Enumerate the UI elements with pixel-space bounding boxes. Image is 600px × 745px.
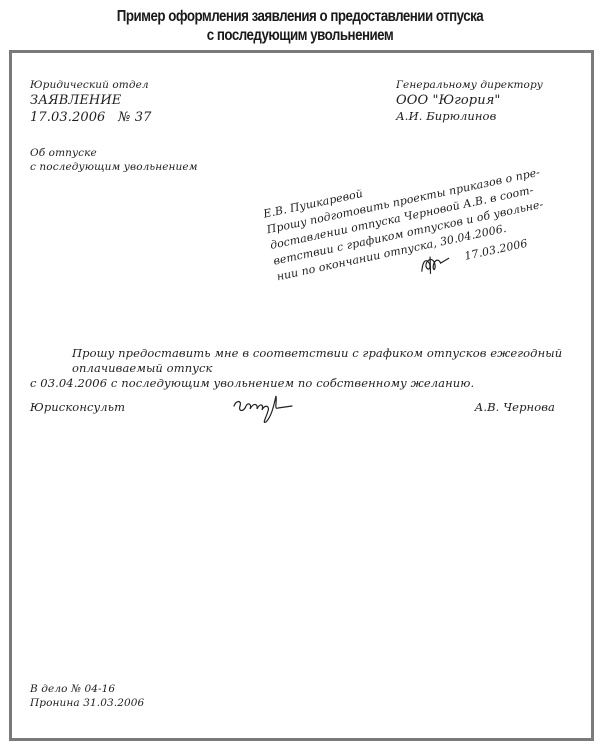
page-title: Пример оформления заявления о предоставл… bbox=[42, 7, 558, 45]
signer-name: А.В. Чернова bbox=[475, 400, 555, 415]
signature-row: Юрисконсульт А.В. Чернова bbox=[30, 396, 555, 426]
signature-icon bbox=[230, 392, 310, 426]
filing-note: В дело № 04-16 Пронина 31.03.2006 bbox=[30, 682, 144, 710]
subject-line-2: с последующим увольнением bbox=[30, 160, 198, 174]
title-line-1: Пример оформления заявления о предоставл… bbox=[42, 7, 558, 26]
addressee-position: Генеральному директору bbox=[396, 78, 543, 92]
addressee-name: А.И. Бирюлинов bbox=[396, 109, 543, 124]
document-type: ЗАЯВЛЕНИЕ bbox=[30, 92, 152, 109]
signer-position: Юрисконсульт bbox=[30, 400, 125, 415]
subject-block: Об отпуске с последующим увольнением bbox=[30, 146, 198, 174]
addressee-company: ООО "Югория" bbox=[396, 92, 543, 109]
body-line-2: с 03.04.2006 с последующим увольнением п… bbox=[30, 376, 575, 391]
addressee-block: Генеральному директору ООО "Югория" А.И.… bbox=[396, 78, 543, 124]
subject-line-1: Об отпуске bbox=[30, 146, 198, 160]
filing-signer-date: Пронина 31.03.2006 bbox=[30, 696, 144, 710]
sender-department: Юридический отдел bbox=[30, 78, 152, 92]
application-body: Прошу предоставить мне в соответствии с … bbox=[30, 346, 575, 391]
filing-case-number: В дело № 04-16 bbox=[30, 682, 144, 696]
body-line-1: Прошу предоставить мне в соответствии с … bbox=[30, 346, 575, 376]
sender-block: Юридический отдел ЗАЯВЛЕНИЕ 17.03.2006 №… bbox=[30, 78, 152, 126]
document-date-number: 17.03.2006 № 37 bbox=[30, 109, 152, 126]
title-line-2: с последующим увольнением bbox=[42, 26, 558, 45]
